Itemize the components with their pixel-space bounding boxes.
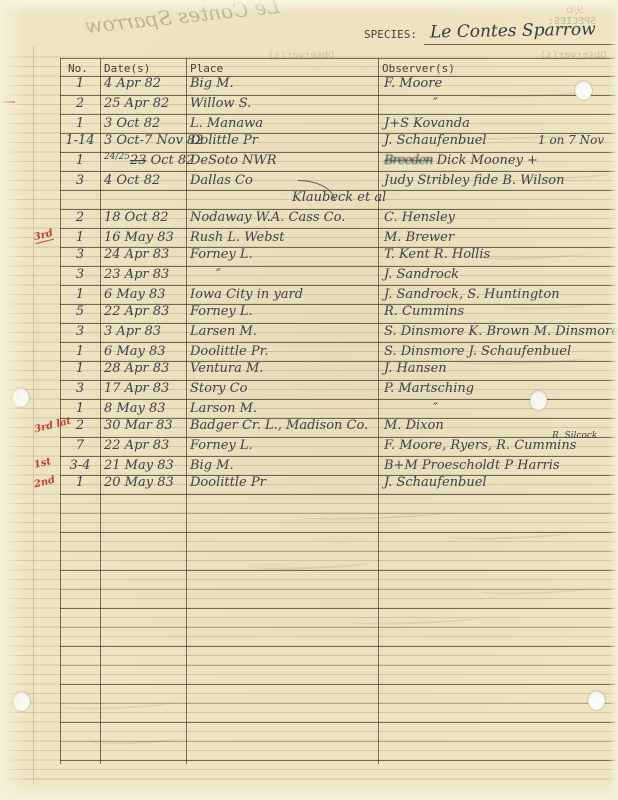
cell-number: 3 bbox=[64, 324, 96, 339]
cell-observer: Judy Stribley fide B. Wilson bbox=[384, 173, 565, 188]
cell-number: 1 bbox=[64, 344, 96, 359]
cell-place: Badger Cr. L., Madison Co. bbox=[190, 418, 368, 433]
punch-hole bbox=[13, 692, 30, 711]
cell-observer: P. Martsching bbox=[384, 381, 474, 396]
table-row-line bbox=[60, 532, 615, 533]
cell-place: Dolittle Pr bbox=[190, 133, 258, 148]
cell-number: 1 bbox=[64, 153, 96, 168]
table-row-line bbox=[60, 570, 615, 571]
cell-number: 2 bbox=[64, 96, 96, 111]
scanned-document-page: Le Contes Sparrow SPECIES: 9/6 Observer(… bbox=[0, 0, 618, 800]
bleed-through-scribble bbox=[60, 698, 170, 711]
cell-place: Larson M. bbox=[190, 401, 257, 416]
cell-observer: B+M Proescholdt P Harris bbox=[384, 458, 560, 473]
cell-place: Big M. bbox=[190, 458, 234, 473]
cell-date: 22 Apr 83 bbox=[104, 438, 169, 453]
cell-observer: F. Moore, Ryers, R. Cummins bbox=[384, 438, 576, 453]
cell-observer: S. Dinsmore J. Schaufenbuel bbox=[384, 344, 571, 359]
bleed-through-scribble bbox=[350, 613, 480, 627]
red-margin-note: 3rd bbox=[33, 228, 55, 244]
bleed-through-scribble bbox=[300, 507, 450, 521]
cell-place: Nodaway W.A. Cass Co. bbox=[190, 210, 345, 225]
cell-place: Forney L. bbox=[190, 304, 253, 319]
table-row-line bbox=[60, 665, 615, 666]
record-table: No.Date(s)PlaceObserver(s)14 Apr 82Big M… bbox=[0, 0, 618, 800]
cell-number: 1-14 bbox=[64, 133, 96, 148]
table-row-line bbox=[60, 703, 615, 704]
row-continuation-text: Klaubeck et al bbox=[292, 190, 386, 205]
punch-hole bbox=[12, 388, 29, 407]
column-header: Observer(s) bbox=[382, 62, 455, 75]
cell-date: 6 May 83 bbox=[104, 287, 165, 302]
table-row-line bbox=[60, 646, 615, 647]
date-text: Oct 82 bbox=[146, 153, 194, 168]
cell-number: 1 bbox=[64, 475, 96, 490]
bleed-through-scribble bbox=[450, 528, 570, 541]
punch-hole bbox=[575, 81, 592, 100]
table-column-line bbox=[100, 58, 101, 764]
cell-place: Story Co bbox=[190, 381, 247, 396]
cell-date: 3 Oct 82 bbox=[104, 116, 160, 131]
cell-place: ″ bbox=[216, 267, 221, 282]
column-header: Place bbox=[190, 62, 223, 75]
cell-date: 24 Apr 83 bbox=[104, 247, 169, 262]
cell-number: 2 bbox=[64, 210, 96, 225]
table-column-line bbox=[60, 58, 61, 764]
cell-observer: J. Hansen bbox=[384, 361, 447, 376]
cell-observer: Breeden Dick Mooney + bbox=[384, 153, 538, 168]
cell-date: 18 Oct 82 bbox=[104, 210, 169, 225]
cell-date: 23 Apr 83 bbox=[104, 267, 169, 282]
table-row-line bbox=[60, 551, 615, 552]
cell-number: 3 bbox=[64, 267, 96, 282]
cell-observer: M. Brewer bbox=[384, 230, 454, 245]
cell-date: 4 Apr 82 bbox=[104, 76, 161, 91]
cell-date: 3 Apr 83 bbox=[104, 324, 161, 339]
cell-number: 3 bbox=[64, 173, 96, 188]
punch-hole bbox=[588, 691, 605, 710]
table-row-line bbox=[60, 722, 615, 723]
cell-observer: J. Sandrock bbox=[384, 267, 459, 282]
cell-date: 8 May 83 bbox=[104, 401, 165, 416]
cell-number: 1 bbox=[64, 361, 96, 376]
cell-note: 1 on 7 Nov bbox=[538, 133, 604, 147]
cell-place: Ventura M. bbox=[190, 361, 263, 376]
cell-place: Big M. bbox=[190, 76, 234, 91]
observer-text: Dick Mooney + bbox=[433, 153, 538, 168]
table-row-line bbox=[60, 228, 615, 229]
table-column-line bbox=[378, 58, 379, 764]
table-row-line bbox=[60, 456, 615, 457]
table-border-top bbox=[60, 58, 615, 59]
red-margin-note: 2nd bbox=[33, 475, 56, 491]
cell-date: 17 Apr 83 bbox=[104, 381, 169, 396]
red-margin-note: 1st bbox=[33, 456, 52, 471]
cell-place: Rush L. Webst bbox=[190, 230, 284, 245]
cell-place: Forney L. bbox=[190, 438, 253, 453]
table-row-line bbox=[60, 741, 615, 742]
cell-number: 3-4 bbox=[64, 458, 96, 473]
punch-hole bbox=[530, 391, 547, 410]
cell-observer: S. Dinsmore K. Brown M. Dinsmore bbox=[384, 324, 618, 339]
cell-place: Iowa City in yard bbox=[190, 287, 303, 302]
cell-date: 6 May 83 bbox=[104, 344, 165, 359]
table-row-line bbox=[60, 760, 615, 761]
cell-number: 3 bbox=[64, 381, 96, 396]
cell-place: Dallas Co bbox=[190, 173, 253, 188]
cell-place: L. Manawa bbox=[190, 116, 263, 131]
cell-date: 22 Apr 83 bbox=[104, 304, 169, 319]
table-row-line bbox=[60, 342, 615, 343]
cell-date: 21 May 83 bbox=[104, 458, 174, 473]
table-row-line bbox=[60, 171, 615, 172]
cell-place: Doolittle Pr. bbox=[190, 344, 269, 359]
cell-observer: R. Cummins bbox=[384, 304, 464, 319]
column-header: Date(s) bbox=[104, 62, 150, 75]
cell-observer: ″ bbox=[433, 401, 438, 416]
table-row-line bbox=[60, 114, 615, 115]
cell-date: 25 Apr 82 bbox=[104, 96, 169, 111]
bleed-through-scribble bbox=[90, 733, 180, 745]
cell-place: Larsen M. bbox=[190, 324, 257, 339]
cell-number: 1 bbox=[64, 116, 96, 131]
cell-observer: T. Kent R. Hollis bbox=[384, 247, 490, 262]
cell-number: 1 bbox=[64, 287, 96, 302]
cell-number: 1 bbox=[64, 401, 96, 416]
cell-number: 3 bbox=[64, 247, 96, 262]
cell-number: 7 bbox=[64, 438, 96, 453]
cell-observer: ″ bbox=[433, 96, 438, 111]
cell-place: Doolittle Pr bbox=[190, 475, 266, 490]
observer-addendum: R. Silcock bbox=[552, 431, 597, 441]
table-row-line bbox=[60, 627, 615, 628]
cell-number: 5 bbox=[64, 304, 96, 319]
cell-date: 30 Mar 83 bbox=[104, 418, 173, 433]
cell-observer: J. Schaufenbuel bbox=[384, 475, 487, 490]
cell-observer: J. Sandrock, S. Huntington bbox=[384, 287, 560, 302]
table-row-line bbox=[60, 285, 615, 286]
date-crossed-out: 23 bbox=[130, 153, 147, 168]
bleed-through-scribble bbox=[470, 86, 590, 99]
column-header: No. bbox=[68, 62, 88, 75]
cell-place: Willow S. bbox=[190, 96, 251, 111]
table-row-line bbox=[60, 589, 615, 590]
cell-observer: J+S Kovanda bbox=[384, 116, 470, 131]
cell-place: DeSoto NWR bbox=[190, 153, 277, 168]
date-correction: 24/25 bbox=[104, 152, 130, 162]
cell-number: 1 bbox=[64, 230, 96, 245]
table-row-line bbox=[60, 494, 615, 495]
cell-place: Forney L. bbox=[190, 247, 253, 262]
cell-date: 24/2523 Oct 82 bbox=[104, 153, 194, 168]
table-row-line bbox=[60, 608, 615, 609]
cell-date: 20 May 83 bbox=[104, 475, 174, 490]
cell-date: 3 Oct-7 Nov 82 bbox=[104, 133, 204, 148]
cell-observer: F. Moore bbox=[384, 76, 442, 91]
cell-observer: M. Dixon bbox=[384, 418, 444, 433]
table-row-line bbox=[60, 684, 615, 685]
observer-crossed-out: Breeden bbox=[384, 153, 433, 168]
red-margin-dash bbox=[0, 101, 15, 103]
cell-observer: J. Schaufenbuel bbox=[384, 133, 487, 148]
cell-date: 28 Apr 83 bbox=[104, 361, 169, 376]
cell-observer: C. Hensley bbox=[384, 210, 455, 225]
cell-date: 16 May 83 bbox=[104, 230, 174, 245]
cell-number: 1 bbox=[64, 76, 96, 91]
cell-date: 4 Oct 82 bbox=[104, 173, 160, 188]
table-row-line bbox=[60, 513, 615, 514]
